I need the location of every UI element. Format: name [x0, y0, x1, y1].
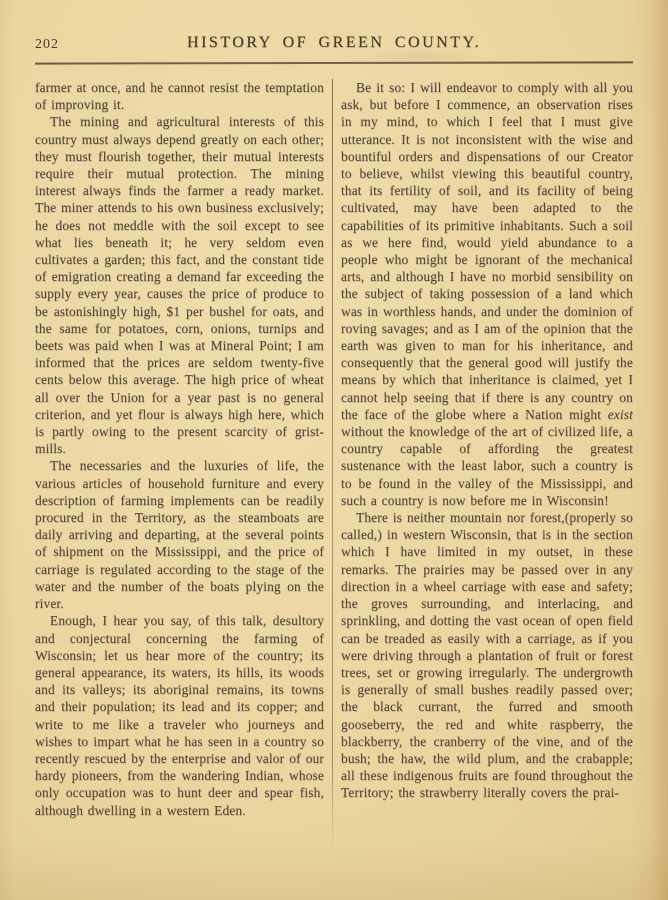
header-rule [35, 61, 633, 64]
column-gutter [324, 79, 341, 869]
running-title: HISTORY OF GREEN COUNTY. [35, 34, 633, 52]
body-paragraph: The mining and agricultural interests of… [35, 113, 324, 457]
right-column: Be it so: I will endeavor to comply with… [341, 79, 633, 869]
body-paragraph: Be it so: I will endeavor to comply with… [341, 79, 633, 509]
page-header: 202 HISTORY OF GREEN COUNTY. [35, 34, 633, 54]
text-columns: farmer at once, and he cannot resist the… [35, 79, 633, 869]
body-paragraph: Enough, I hear you say, of this talk, de… [35, 612, 324, 818]
body-paragraph: farmer at once, and he cannot resist the… [35, 79, 324, 113]
body-paragraph: The necessaries and the luxuries of life… [35, 457, 324, 612]
body-paragraph: There is neither mountain nor forest,(pr… [341, 509, 633, 801]
book-page: 202 HISTORY OF GREEN COUNTY. farmer at o… [0, 0, 668, 900]
paragraph-text: without the knowledge of the art of civi… [341, 424, 633, 508]
paragraph-text: Be it so: I will endeavor to comply with… [341, 80, 633, 422]
column-divider [332, 79, 333, 851]
left-column: farmer at once, and he cannot resist the… [35, 79, 324, 869]
italic-word: exist [608, 407, 633, 422]
